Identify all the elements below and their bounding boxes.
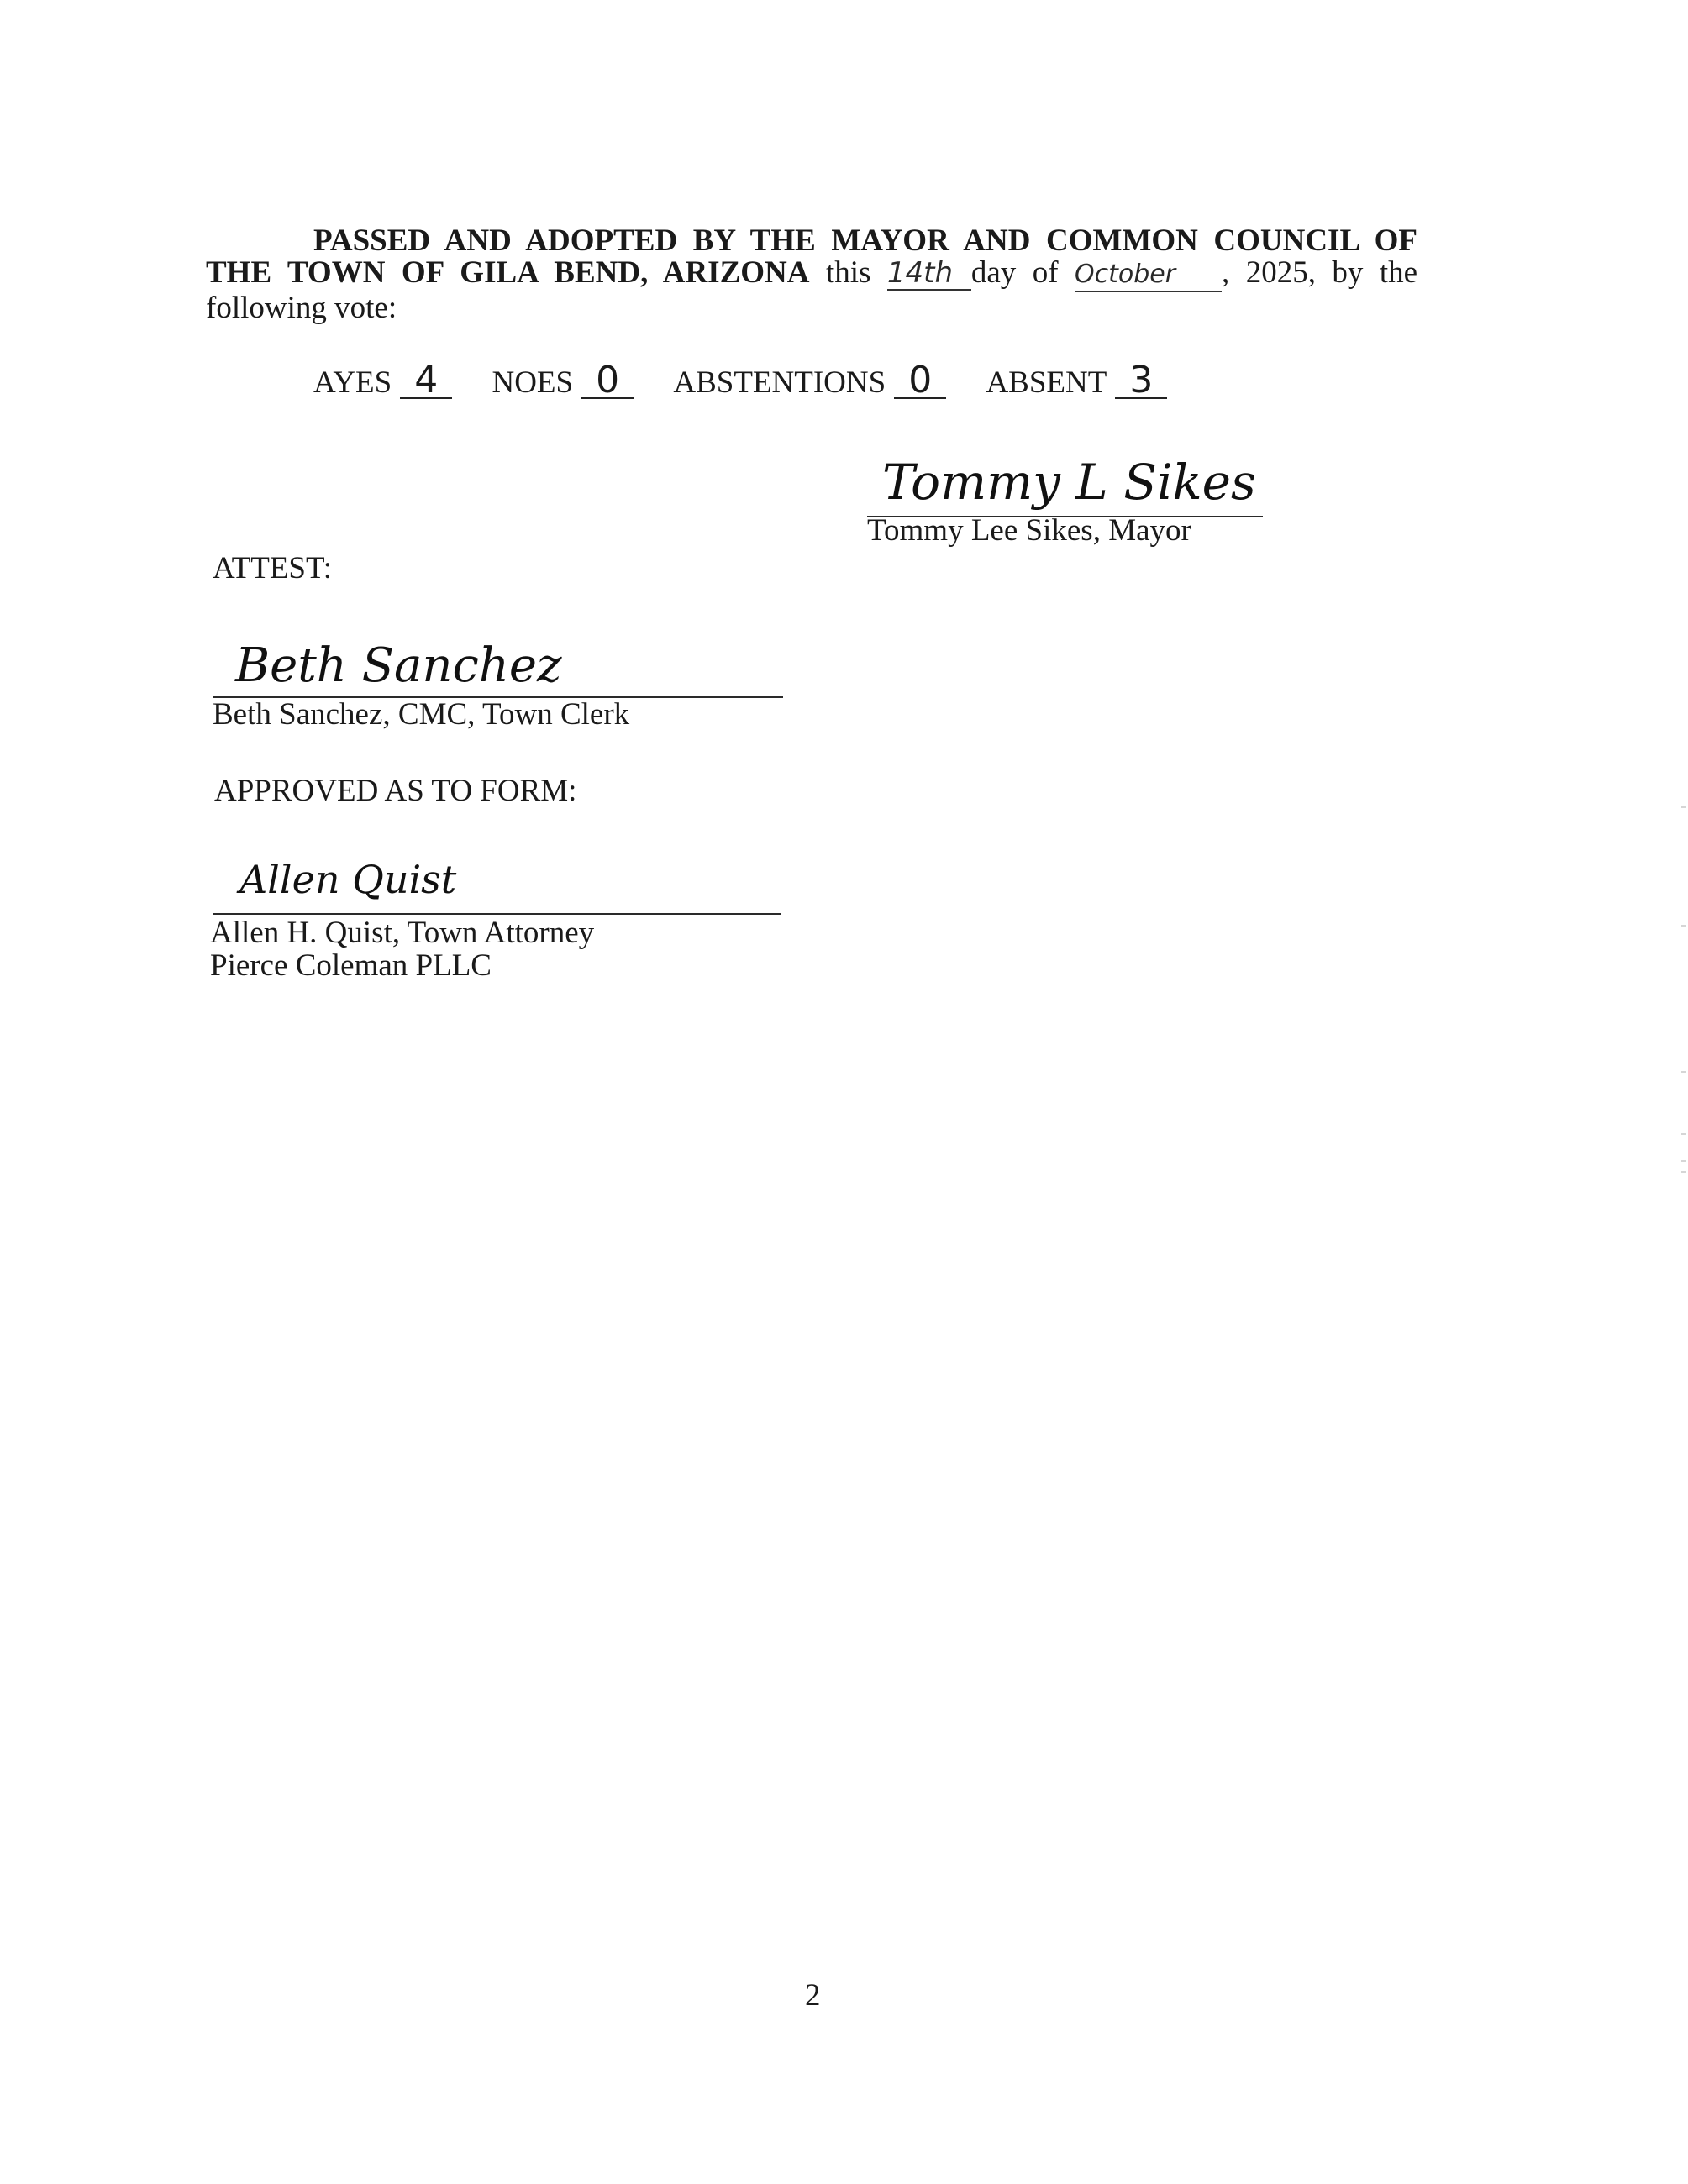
ayes-value: 4 — [400, 364, 452, 399]
clerk-signature: Beth Sanchez — [235, 638, 562, 693]
scan-artifact — [1681, 925, 1686, 927]
absent-label: ABSENT — [986, 365, 1107, 400]
attorney-name-title: Allen H. Quist, Town Attorney — [210, 917, 594, 948]
scan-artifact — [1681, 1171, 1686, 1173]
approved-label: APPROVED AS TO FORM: — [214, 775, 576, 806]
mayor-name-title: Tommy Lee Sikes, Mayor — [867, 515, 1191, 546]
ayes-label: AYES — [313, 365, 392, 400]
town-name: THE TOWN OF GILA BEND, ARIZONA — [206, 255, 809, 290]
resolution-line-1: PASSED AND ADOPTED BY THE MAYOR AND COMM… — [206, 225, 1417, 257]
attest-label: ATTEST: — [213, 553, 332, 584]
attorney-signature-line — [213, 913, 781, 915]
day-field: 14th — [887, 257, 971, 291]
absent-item: ABSENT3 — [986, 364, 1167, 400]
attorney-signature: Allen Quist — [239, 857, 456, 902]
abstentions-value: 0 — [894, 364, 946, 399]
scan-artifact — [1681, 806, 1686, 808]
resolution-paragraph: PASSED AND ADOPTED BY THE MAYOR AND COMM… — [206, 225, 1417, 324]
this-text: this — [826, 255, 870, 290]
ayes-item: AYES4 — [313, 364, 452, 400]
resolution-line-3: following vote: — [206, 292, 1417, 324]
clerk-name-title: Beth Sanchez, CMC, Town Clerk — [213, 699, 629, 730]
scan-artifact — [1681, 1133, 1686, 1135]
attorney-firm: Pierce Coleman PLLC — [210, 950, 492, 981]
resolution-line-2: THE TOWN OF GILA BEND, ARIZONA this 14th… — [206, 257, 1417, 292]
year-text: , 2025, by the — [1222, 255, 1417, 290]
abstentions-item: ABSTENTIONS0 — [673, 364, 946, 400]
absent-value: 3 — [1115, 364, 1167, 399]
vote-tally: AYES4 NOES0 ABSTENTIONS0 ABSENT3 — [313, 364, 1199, 400]
day-of-text: day of — [971, 255, 1059, 290]
noes-item: NOES0 — [492, 364, 634, 400]
scan-artifact — [1681, 1160, 1686, 1162]
scan-artifact — [1681, 1071, 1686, 1073]
noes-value: 0 — [581, 364, 634, 399]
abstentions-label: ABSTENTIONS — [673, 365, 886, 400]
month-field: October — [1075, 259, 1222, 292]
noes-label: NOES — [492, 365, 573, 400]
mayor-signature: Tommy L Sikes — [882, 454, 1256, 511]
page-number: 2 — [805, 1980, 821, 2011]
